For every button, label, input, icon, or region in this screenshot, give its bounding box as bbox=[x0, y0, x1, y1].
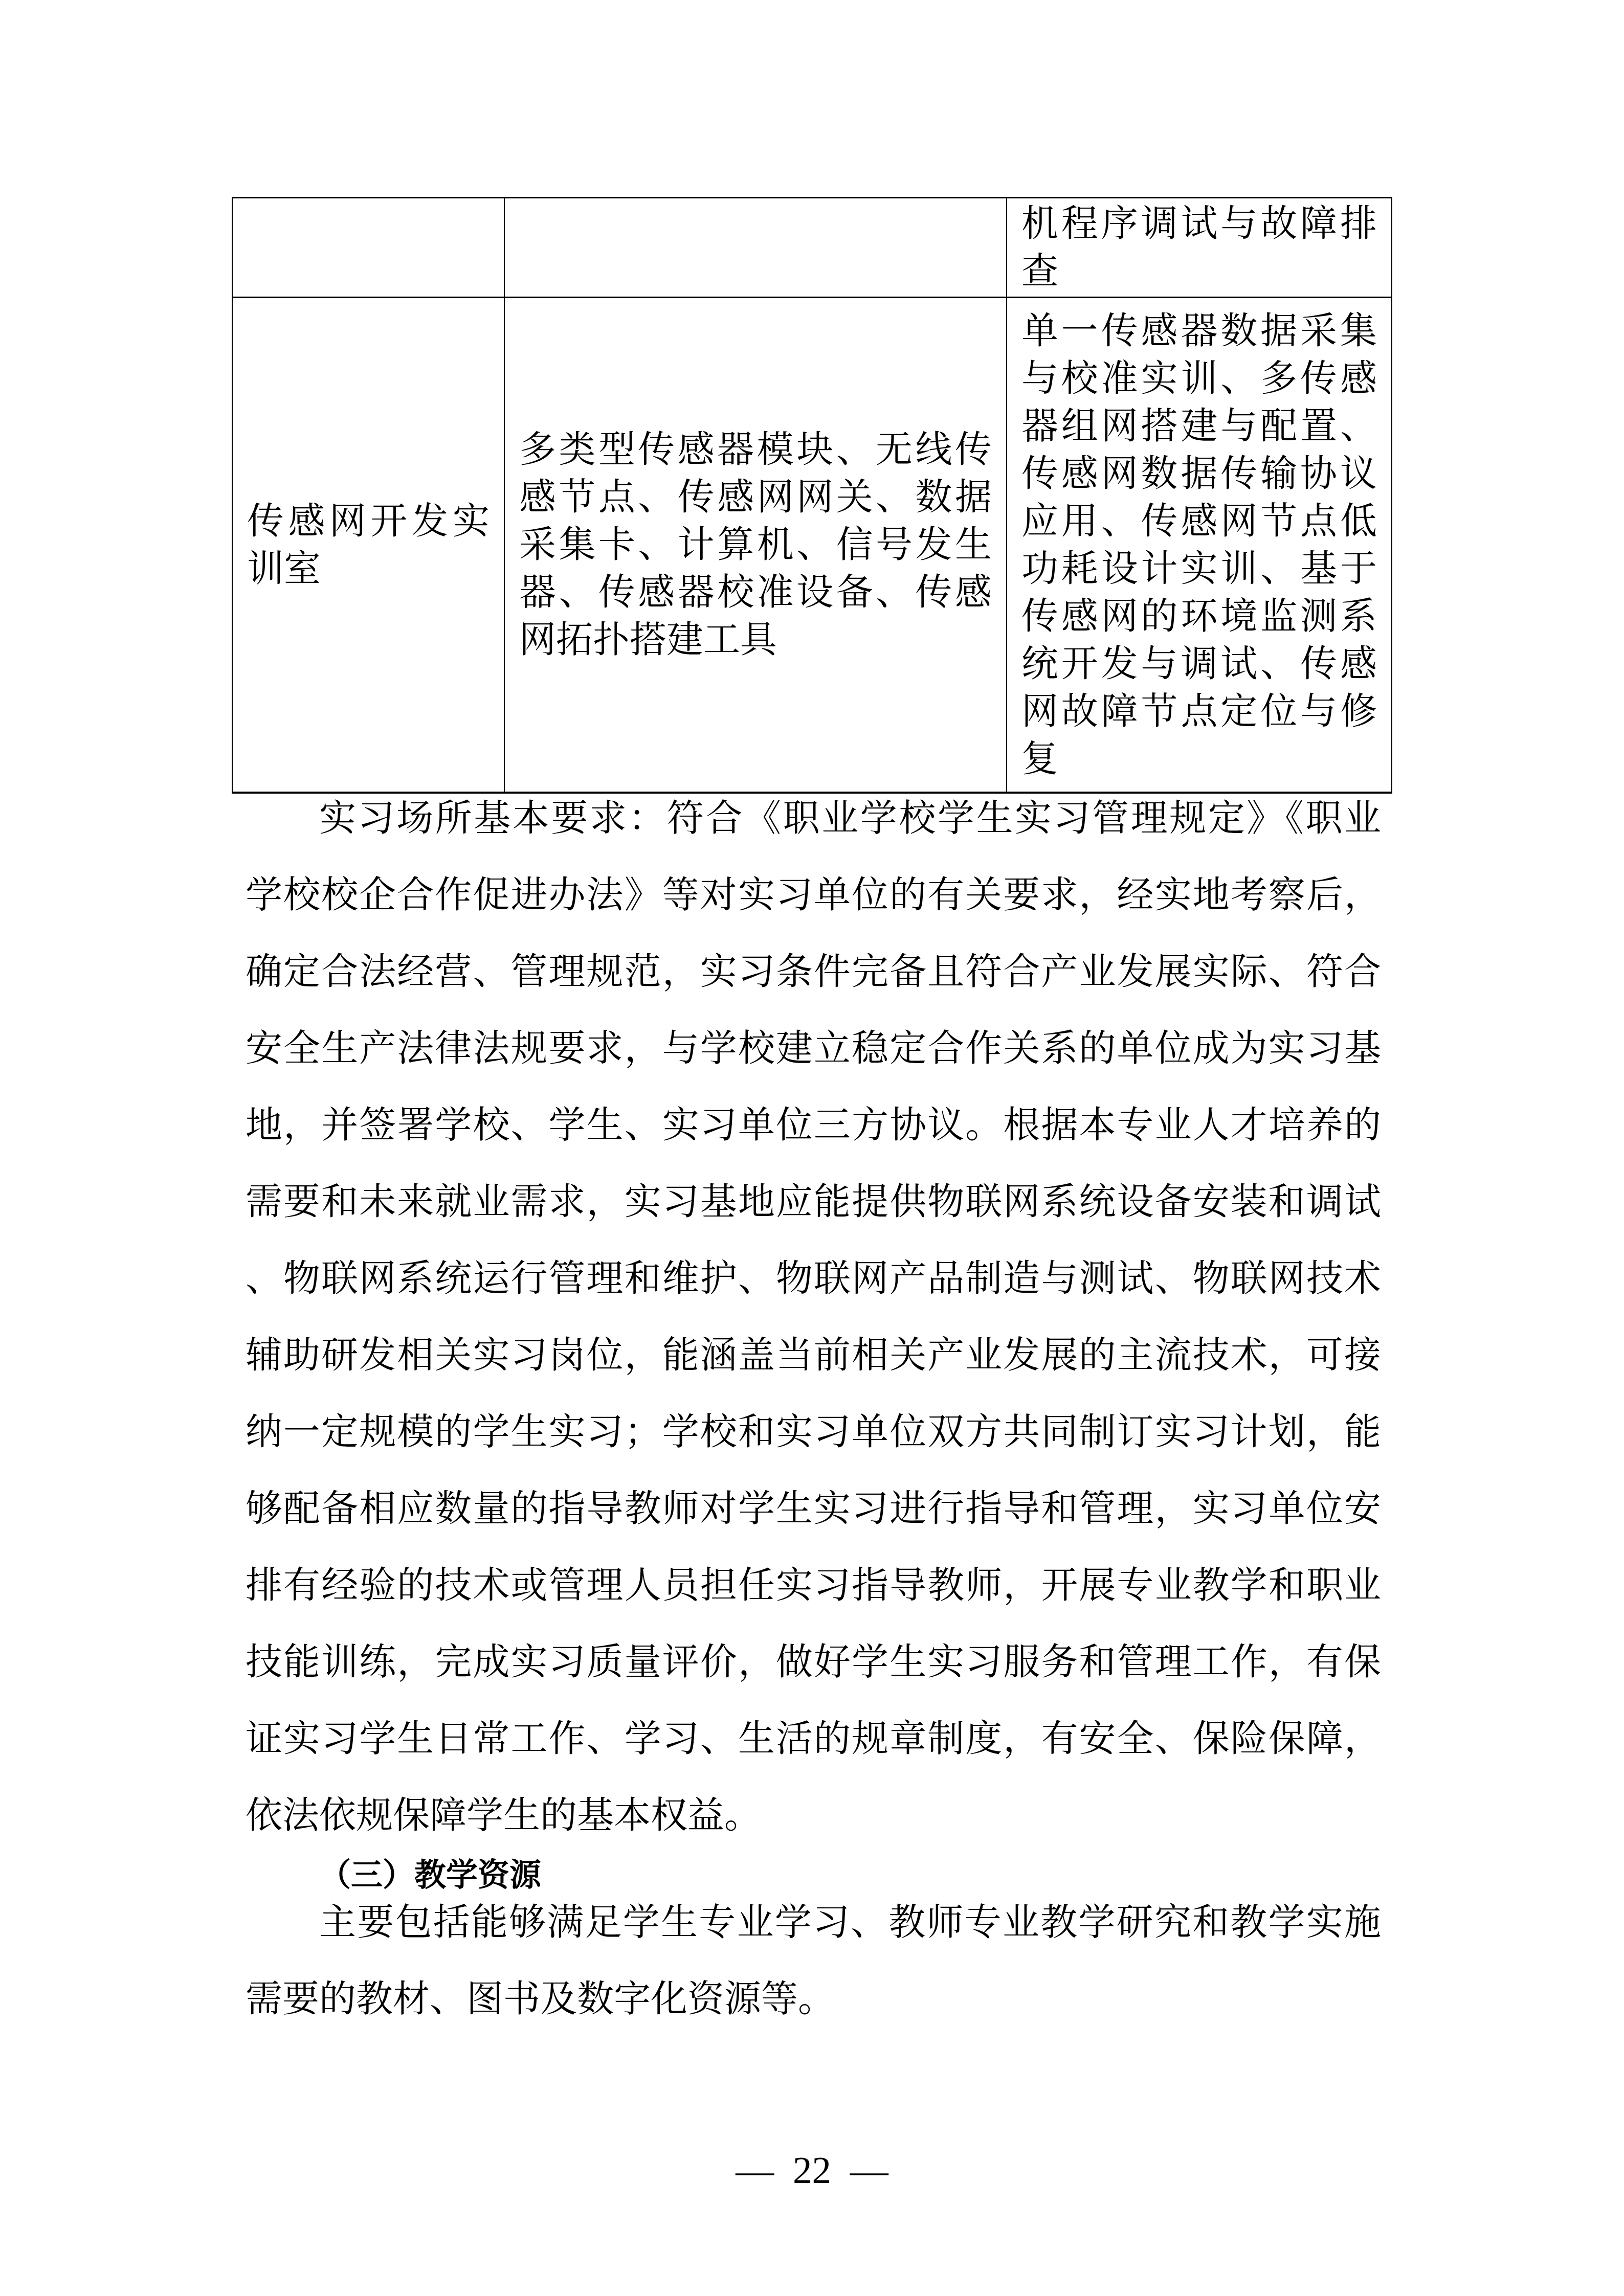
cell-text-line: 采集卡、计算机、信号发生 bbox=[519, 521, 992, 569]
cell-text-line: 与校准实训、多传感 bbox=[1021, 355, 1377, 402]
page-number: — 22 — bbox=[0, 2148, 1624, 2194]
cell-text-line: 功耗设计实训、基于 bbox=[1021, 545, 1377, 593]
table-cell-empty bbox=[232, 198, 504, 298]
table-row: 机程序调试与故障排 查 bbox=[232, 198, 1392, 298]
table-row: 传感网开发实 训室 多类型传感器模块、无线传 感节点、传感网网关、数据 采集卡、… bbox=[232, 298, 1392, 793]
cell-text-line: 训室 bbox=[247, 545, 490, 593]
cell-text-line: 单一传感器数据采集 bbox=[1021, 307, 1377, 355]
body-text-line: 证实习学生日常工作、学习、生活的规章制度，有安全、保险保障， bbox=[246, 1700, 1381, 1777]
body-text-line: 辅助研发相关实习岗位，能涵盖当前相关产业发展的主流技术，可接 bbox=[246, 1317, 1381, 1393]
cell-text-line: 应用、传感网节点低 bbox=[1021, 498, 1377, 545]
body-text-line: 需要的教材、图书及数字化资源等。 bbox=[246, 1961, 1381, 2037]
body-text-line: 排有经验的技术或管理人员担任实习指导教师，开展专业教学和职业 bbox=[246, 1547, 1381, 1624]
body-text-line: 确定合法经营、管理规范，实习条件完备且符合产业发展实际、符合 bbox=[246, 933, 1381, 1010]
cell-text-line: 传感网数据传输协议 bbox=[1021, 450, 1377, 498]
cell-text-line: 网拓扑搭建工具 bbox=[519, 616, 992, 664]
body-text-line: 地，并签署学校、学生、实习单位三方协议。根据本专业人才培养的 bbox=[246, 1087, 1381, 1163]
cell-text-line: 统开发与调试、传感 bbox=[1021, 640, 1377, 688]
cell-text-line: 感节点、传感网网关、数据 bbox=[519, 474, 992, 521]
paragraph-teaching-resources: 主要包括能够满足学生专业学习、教师专业教学研究和教学实施 需要的教材、图书及数字… bbox=[246, 1884, 1381, 2037]
document-page: 机程序调试与故障排 查 传感网开发实 训室 多类型传感器模块、无线传 感节点、传… bbox=[0, 0, 1624, 2296]
body-text-line: 、物联网系统运行管理和维护、物联网产品制造与测试、物联网技术 bbox=[246, 1240, 1381, 1317]
cell-text-line: 查 bbox=[1021, 247, 1377, 295]
body-text-line: 实习场所基本要求：符合《职业学校学生实习管理规定》《职业 bbox=[246, 780, 1381, 857]
table-cell-training-items: 单一传感器数据采集 与校准实训、多传感 器组网搭建与配置、 传感网数据传输协议 … bbox=[1007, 298, 1392, 793]
table-cell-equipment: 多类型传感器模块、无线传 感节点、传感网网关、数据 采集卡、计算机、信号发生 器… bbox=[504, 298, 1007, 793]
body-text-line: 需要和未来就业需求，实习基地应能提供物联网系统设备安装和调试 bbox=[246, 1163, 1381, 1240]
body-text-line: 主要包括能够满足学生专业学习、教师专业教学研究和教学实施 bbox=[246, 1884, 1381, 1961]
body-text-line: 技能训练，完成实习质量评价，做好学生实习服务和管理工作，有保 bbox=[246, 1624, 1381, 1700]
body-text-line: 够配备相应数量的指导教师对学生实习进行指导和管理，实习单位安 bbox=[246, 1470, 1381, 1547]
table-cell-training-items-cont: 机程序调试与故障排 查 bbox=[1007, 198, 1392, 298]
body-text-line: 依法依规保障学生的基本权益。 bbox=[246, 1777, 1381, 1854]
cell-text-line: 器、传感器校准设备、传感 bbox=[519, 569, 992, 616]
body-text-line: 纳一定规模的学生实习；学校和实习单位双方共同制订实习计划，能 bbox=[246, 1393, 1381, 1470]
cell-text-line: 网故障节点定位与修 bbox=[1021, 688, 1377, 735]
body-text-line: 学校校企合作促进办法》等对实习单位的有关要求，经实地考察后， bbox=[246, 857, 1381, 933]
body-text-line: 安全生产法律法规要求，与学校建立稳定合作关系的单位成为实习基 bbox=[246, 1010, 1381, 1087]
cell-text-line: 复 bbox=[1021, 735, 1377, 783]
paragraph-internship-requirements: 实习场所基本要求：符合《职业学校学生实习管理规定》《职业 学校校企合作促进办法》… bbox=[246, 780, 1381, 1854]
cell-text-line: 传感网的环境监测系 bbox=[1021, 593, 1377, 640]
facility-table: 机程序调试与故障排 查 传感网开发实 训室 多类型传感器模块、无线传 感节点、传… bbox=[232, 197, 1392, 794]
cell-text-line: 器组网搭建与配置、 bbox=[1021, 402, 1377, 450]
cell-text-line: 机程序调试与故障排 bbox=[1021, 200, 1377, 247]
table-cell-empty bbox=[504, 198, 1007, 298]
table-cell-room-name: 传感网开发实 训室 bbox=[232, 298, 504, 793]
cell-text-line: 传感网开发实 bbox=[247, 498, 490, 545]
cell-text-line: 多类型传感器模块、无线传 bbox=[519, 426, 992, 474]
